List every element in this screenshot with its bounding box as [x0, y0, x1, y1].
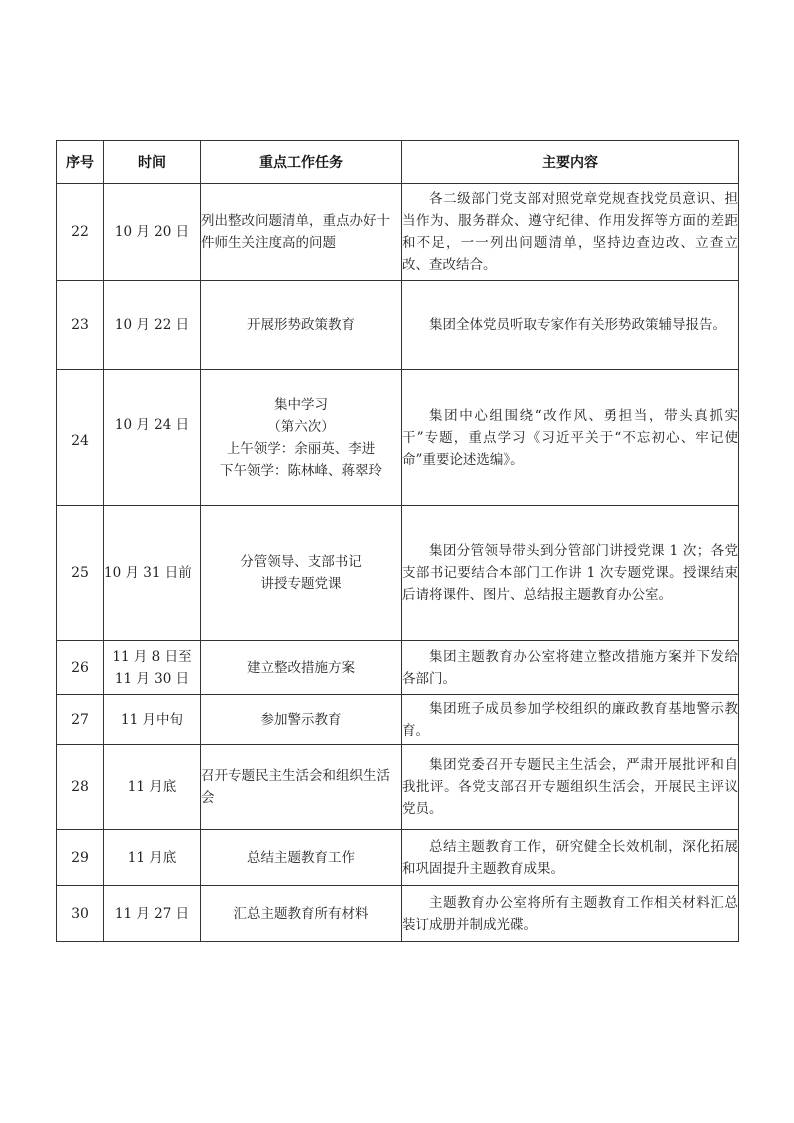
header-task: 重点工作任务	[201, 141, 402, 184]
row-task: 集中学习 （第六次） 上午领学：余丽英、李进 下午领学：陈林峰、蒋翠玲	[201, 370, 402, 506]
time-line: 11 月 8 日至	[104, 646, 200, 668]
table-row: 29 11 月底 总结主题教育工作 总结主题教育工作，研究健全长效机制，深化拓展…	[57, 830, 739, 886]
header-seq: 序号	[57, 141, 104, 184]
content-text: 总结主题教育工作，研究健全长效机制，深化拓展和巩固提升主题教育成果。	[402, 836, 738, 880]
row-time: 11 月底	[104, 830, 201, 886]
table-row: 22 10 月 20 日 列出整改问题清单，重点办好十件师生关注度高的问题 各二…	[57, 184, 739, 281]
row-time: 11 月底	[104, 745, 201, 830]
task-line: 集中学习	[201, 394, 401, 416]
table-row: 23 10 月 22 日 开展形势政策教育 集团全体党员听取专家作有关形势政策辅…	[57, 281, 739, 370]
table-row: 27 11 月中旬 参加警示教育 集团班子成员参加学校组织的廉政教育基地警示教育…	[57, 695, 739, 745]
row-seq: 30	[57, 886, 104, 942]
row-content: 集团班子成员参加学校组织的廉政教育基地警示教育。	[402, 695, 739, 745]
row-content: 集团分管领导带头到分管部门讲授党课 1 次；各党支部书记要结合本部门工作讲 1 …	[402, 506, 739, 641]
content-text: 集团班子成员参加学校组织的廉政教育基地警示教育。	[402, 698, 738, 742]
task-line: 讲授专题党课	[201, 573, 401, 595]
row-task: 总结主题教育工作	[201, 830, 402, 886]
row-seq: 24	[57, 370, 104, 506]
row-seq: 26	[57, 641, 104, 695]
table-header-row: 序号 时间 重点工作任务 主要内容	[57, 141, 739, 184]
content-text: 集团党委召开专题民主生活会，严肃开展批评和自我批评。各党支部召开专题组织生活会，…	[402, 754, 738, 820]
row-seq: 28	[57, 745, 104, 830]
row-time: 10 月 20 日	[104, 184, 201, 281]
row-content: 集团中心组围绕“改作风、勇担当，带头真抓实干”专题，重点学习《习近平关于“不忘初…	[402, 370, 739, 506]
row-task: 汇总主题教育所有材料	[201, 886, 402, 942]
task-line: 下午领学：陈林峰、蒋翠玲	[201, 460, 401, 482]
content-text: 主题教育办公室将所有主题教育工作相关材料汇总装订成册并制成光碟。	[402, 892, 738, 936]
row-content: 集团党委召开专题民主生活会，严肃开展批评和自我批评。各党支部召开专题组织生活会，…	[402, 745, 739, 830]
content-text: 各二级部门党支部对照党章党规查找党员意识、担当作为、服务群众、遵守纪律、作用发挥…	[402, 188, 738, 276]
table-row: 28 11 月底 召开专题民主生活会和组织生活会 集团党委召开专题民主生活会，严…	[57, 745, 739, 830]
row-task: 开展形势政策教育	[201, 281, 402, 370]
row-seq: 22	[57, 184, 104, 281]
row-time: 11 月中旬	[104, 695, 201, 745]
header-content: 主要内容	[402, 141, 739, 184]
row-time: 11 月 8 日至 11 月 30 日	[104, 641, 201, 695]
task-line: 分管领导、支部书记	[201, 551, 401, 573]
row-task: 列出整改问题清单，重点办好十件师生关注度高的问题	[201, 184, 402, 281]
content-text: 集团分管领导带头到分管部门讲授党课 1 次；各党支部书记要结合本部门工作讲 1 …	[402, 540, 738, 606]
content-text: 集团全体党员听取专家作有关形势政策辅导报告。	[402, 314, 738, 336]
work-plan-table: 序号 时间 重点工作任务 主要内容 22 10 月 20 日 列出整改问题清单，…	[56, 140, 739, 942]
header-time: 时间	[104, 141, 201, 184]
time-line: 11 月 30 日	[104, 668, 200, 690]
row-content: 集团主题教育办公室将建立整改措施方案并下发给各部门。	[402, 641, 739, 695]
row-time: 10 月 31 日前	[104, 506, 201, 641]
row-task: 建立整改措施方案	[201, 641, 402, 695]
row-content: 总结主题教育工作，研究健全长效机制，深化拓展和巩固提升主题教育成果。	[402, 830, 739, 886]
table-row: 26 11 月 8 日至 11 月 30 日 建立整改措施方案 集团主题教育办公…	[57, 641, 739, 695]
task-line: 上午领学：余丽英、李进	[201, 438, 401, 460]
row-seq: 25	[57, 506, 104, 641]
row-content: 集团全体党员听取专家作有关形势政策辅导报告。	[402, 281, 739, 370]
row-content: 各二级部门党支部对照党章党规查找党员意识、担当作为、服务群众、遵守纪律、作用发挥…	[402, 184, 739, 281]
row-task: 分管领导、支部书记 讲授专题党课	[201, 506, 402, 641]
task-line: （第六次）	[201, 416, 401, 438]
table-row: 24 10 月 24 日 集中学习 （第六次） 上午领学：余丽英、李进 下午领学…	[57, 370, 739, 506]
row-seq: 23	[57, 281, 104, 370]
row-seq: 29	[57, 830, 104, 886]
content-text: 集团中心组围绕“改作风、勇担当，带头真抓实干”专题，重点学习《习近平关于“不忘初…	[402, 405, 738, 471]
row-time: 10 月 22 日	[104, 281, 201, 370]
row-task: 召开专题民主生活会和组织生活会	[201, 745, 402, 830]
row-content: 主题教育办公室将所有主题教育工作相关材料汇总装订成册并制成光碟。	[402, 886, 739, 942]
row-time: 10 月 24 日	[104, 370, 201, 506]
table-row: 30 11 月 27 日 汇总主题教育所有材料 主题教育办公室将所有主题教育工作…	[57, 886, 739, 942]
row-seq: 27	[57, 695, 104, 745]
content-text: 集团主题教育办公室将建立整改措施方案并下发给各部门。	[402, 646, 738, 690]
row-time: 11 月 27 日	[104, 886, 201, 942]
row-task: 参加警示教育	[201, 695, 402, 745]
table-row: 25 10 月 31 日前 分管领导、支部书记 讲授专题党课 集团分管领导带头到…	[57, 506, 739, 641]
